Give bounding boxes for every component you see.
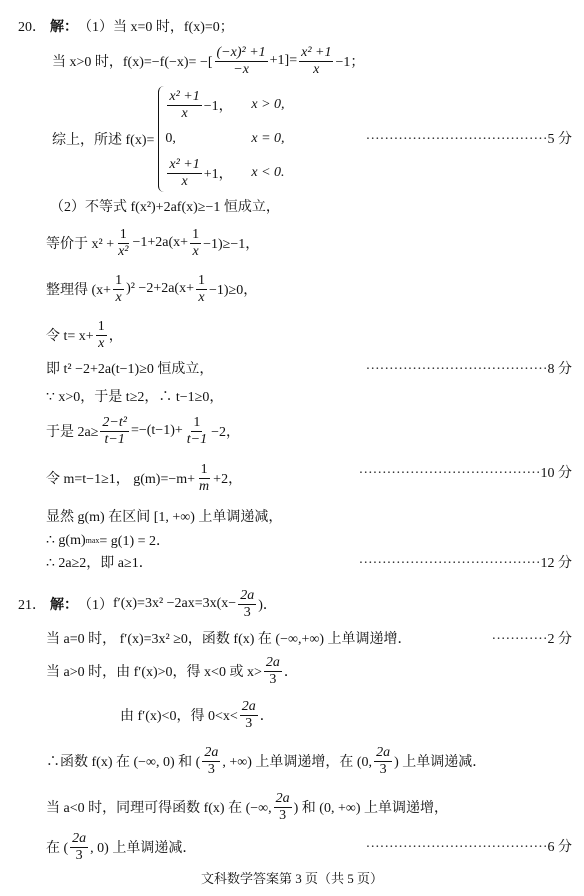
score: 5 分 — [548, 132, 573, 147]
piecewise-brace: x² +1x−1， x > 0, 0, x = 0, x² +1x+1， x <… — [158, 86, 284, 192]
score-leader: ·······································8… — [366, 358, 572, 378]
p20-let-m: 令 m=t−1≥1， g(m)=−m+ 1m +2， — [46, 458, 242, 498]
p21-therefore: ∴函数 f(x) 在 (−∞, 0) 和 ( 2a3 , +∞) 上单调递增，在… — [46, 740, 486, 782]
text: 当 x>0 时，f(x)=−f(−x)= −[ — [52, 51, 213, 71]
p20-eq1: 等价于 x² + 1x² −1+2a(x+ 1x −1)≥−1， — [46, 222, 259, 264]
p20-ji: 即 t² −2+2a(t−1)≥0 恒成立， — [46, 358, 213, 378]
case-row: 0, x = 0, — [165, 124, 284, 154]
p20-line2: 当 x>0 时，f(x)=−f(−x)= −[ (−x)² +1−x +1]= … — [52, 38, 364, 84]
p20-part2: （2）不等式 f(x²)+2af(x)≥−1 恒成立， — [50, 196, 280, 216]
p21-last: 在 ( 2a3 , 0) 上单调递减． — [46, 826, 196, 868]
p21-a0: 当 a=0 时， f′(x)=3x² ≥0，函数 f(x) 在 (−∞,+∞) … — [46, 628, 412, 648]
score-leader: ·······································5… — [366, 128, 572, 148]
p20-because: ∵ x>0，于是 t≥2，∴ t−1≥0， — [46, 386, 223, 406]
p20-piecewise: 综上，所述 f(x)= x² +1x−1， x > 0, 0, x = 0, x… — [52, 86, 285, 192]
text: 当 x=0 时，f(x)=0； — [113, 16, 234, 36]
score-leader: ·······································1… — [359, 552, 572, 572]
text: 综上，所述 f(x)= — [52, 129, 154, 149]
page-footer: 文科数学答案第 3 页（共 5 页） — [0, 868, 584, 887]
problem-number: 21． — [18, 594, 46, 614]
p20-eq2: 整理得 (x+ 1x )² −2+2a(x+ 1x −1)≥0， — [46, 268, 257, 310]
p21-header: 21． 解： （1） f′(x)=3x² −2ax=3x(x− 2a3 )． — [18, 584, 277, 624]
solution-label: 解： — [50, 594, 78, 614]
problem-number: 20． — [18, 16, 46, 36]
text: +1]= — [270, 53, 297, 69]
p21-aneg: 当 a<0 时，同理可得函数 f(x) 在 (−∞, 2a3 ) 和 (0, +… — [46, 786, 448, 828]
p20-max: ∴ g(m)max = g(1) = 2． — [46, 530, 170, 550]
score-leader: ············2 分 — [492, 628, 572, 648]
fraction: (−x)² +1−x — [215, 45, 268, 77]
p20-yushi: 于是 2a≥ 2−t²t−1 =−(t−1)+ 1t−1 −2， — [46, 408, 240, 454]
text: （2）不等式 f(x²)+2af(x)≥−1 恒成立， — [50, 196, 280, 216]
score-leader: ·······································6… — [366, 836, 572, 856]
part-label: （1） — [78, 16, 113, 36]
p20-header: 20． 解： （1） 当 x=0 时，f(x)=0； — [18, 16, 234, 36]
case-row: x² +1x−1， x > 0, — [165, 86, 284, 124]
case-row: x² +1x+1， x < 0. — [165, 154, 284, 192]
p21-you: 由 f′(x)<0，得 0<x< 2a3 ． — [120, 694, 274, 736]
solution-label: 解： — [50, 16, 78, 36]
p20-obvious: 显然 g(m) 在区间 [1, +∞) 上单调递减， — [46, 506, 282, 526]
fraction: x² +1x — [299, 45, 333, 77]
text: −1； — [335, 51, 364, 71]
score-leader: ·······································1… — [359, 462, 572, 482]
p20-final: ∴ 2a≥2，即 a≥1． — [46, 552, 153, 572]
p21-apos: 当 a>0 时，由 f′(x)>0，得 x<0 或 x> 2a3 ． — [46, 650, 298, 692]
p20-let-t: 令 t= x+ 1x ， — [46, 314, 123, 356]
